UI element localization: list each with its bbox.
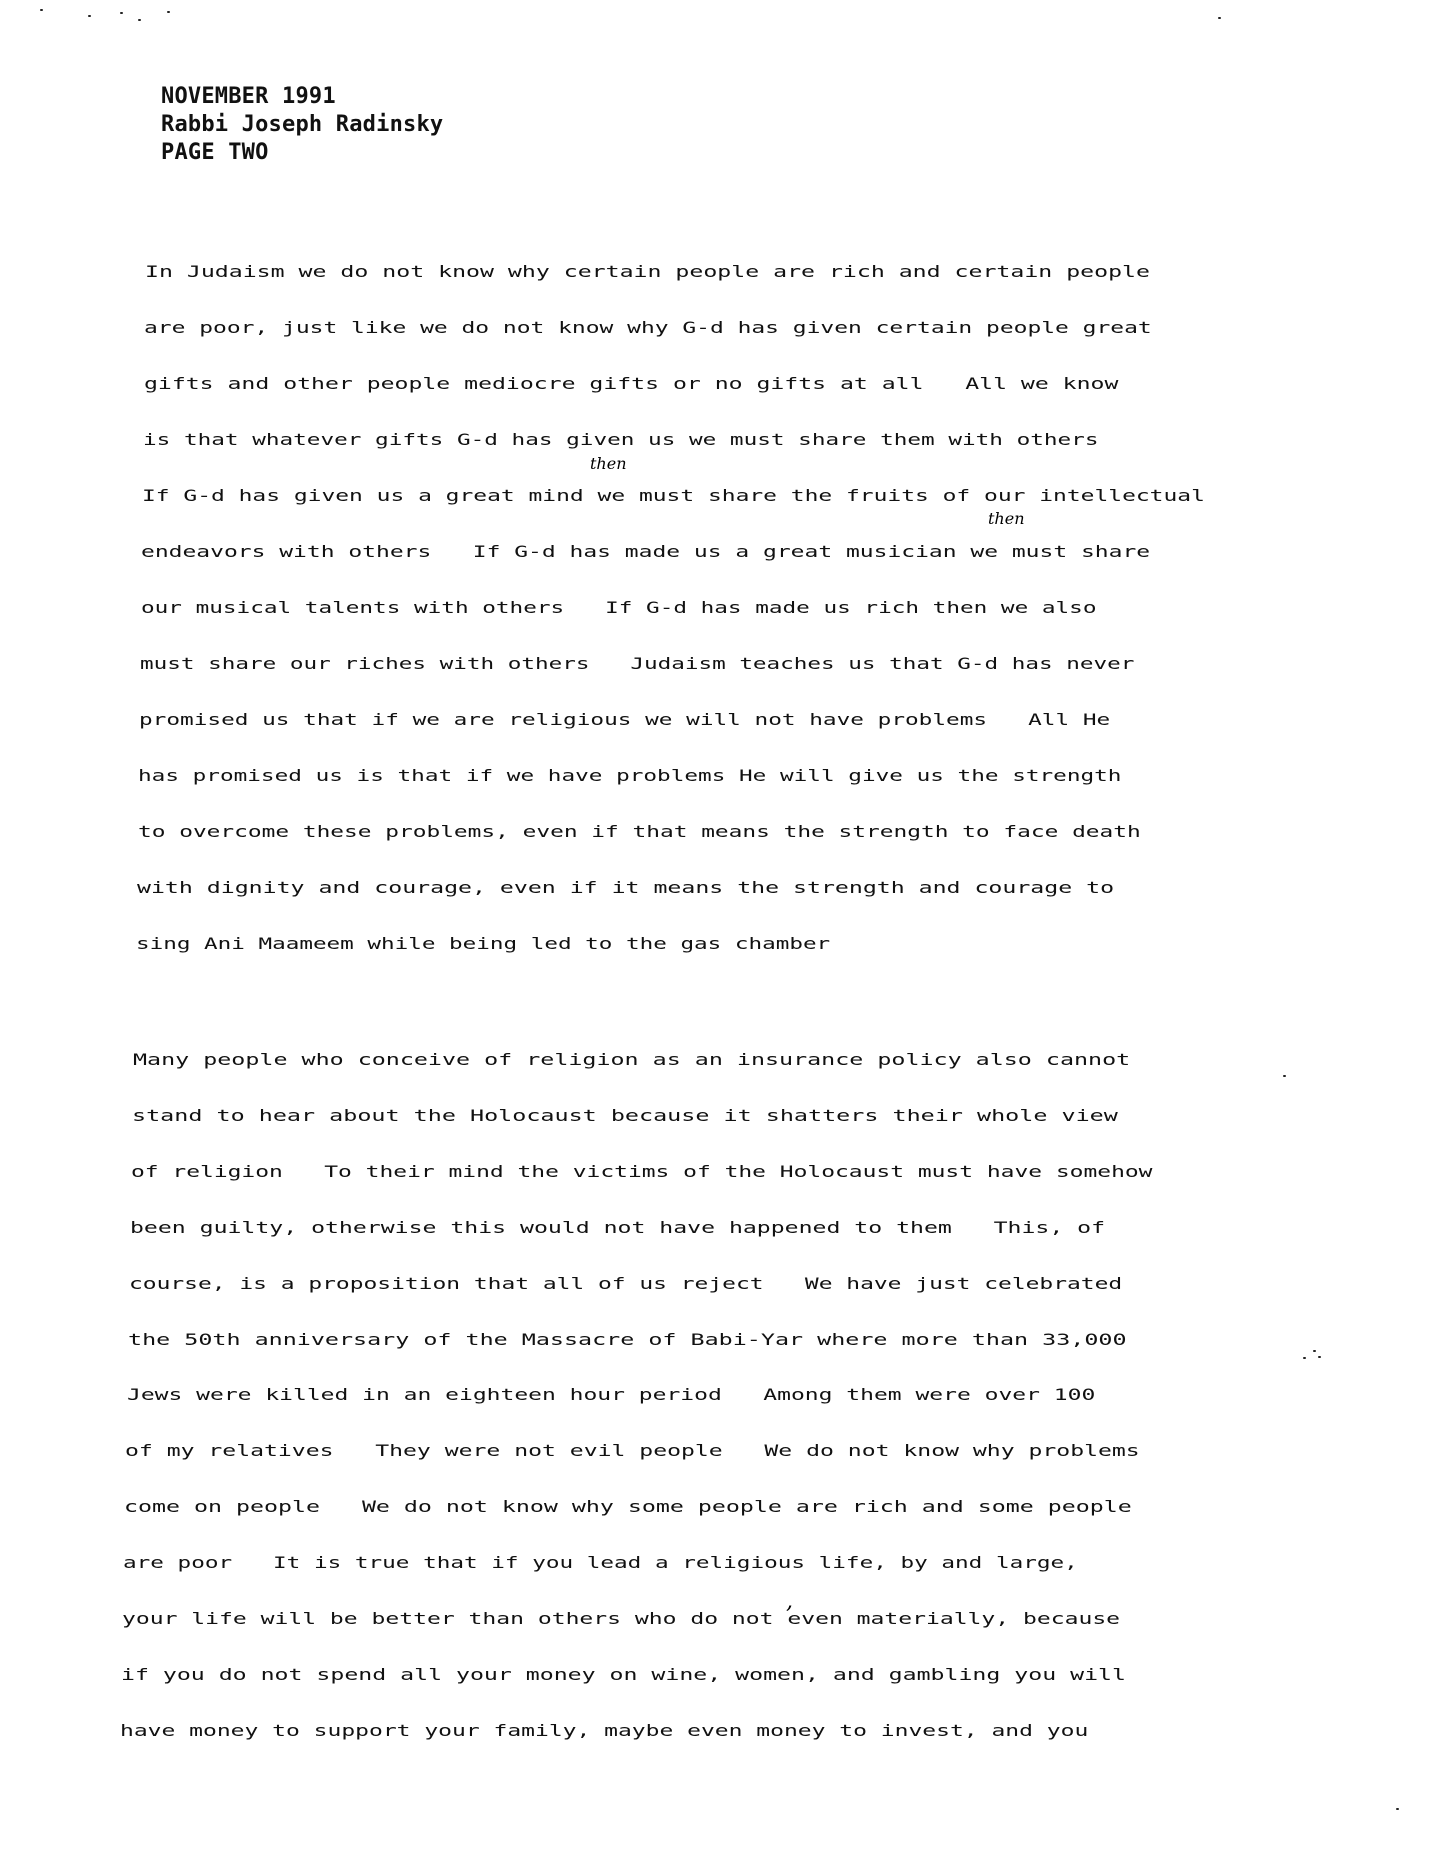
- text-line: are poor, just like we do not know why G…: [144, 314, 1152, 342]
- scan-speck: [1283, 1075, 1286, 1077]
- scan-speck: [1313, 1350, 1316, 1352]
- text-line: your life will be better than others who…: [122, 1605, 1120, 1633]
- text-line: to overcome these problems, even if that…: [138, 818, 1141, 846]
- header-date: NOVEMBER 1991: [161, 83, 443, 111]
- text-line: gifts and other people mediocre gifts or…: [144, 370, 1118, 398]
- text-line: been guilty, otherwise this would not ha…: [130, 1214, 1105, 1242]
- handwritten-then-annotation: then: [988, 509, 1025, 528]
- text-line: Jews were killed in an eighteen hour per…: [127, 1381, 1095, 1409]
- text-line: if you do not spend all your money on wi…: [121, 1661, 1126, 1689]
- header-page-label: PAGE TWO: [161, 139, 443, 167]
- text-line: is that whatever gifts G-d has given us …: [143, 426, 1098, 454]
- text-line: sing Ani Maameem while being led to the …: [136, 930, 830, 958]
- text-line: has promised us is that if we have probl…: [138, 762, 1121, 790]
- letter-header: NOVEMBER 1991 Rabbi Joseph Radinsky PAGE…: [161, 83, 443, 167]
- text-line: our musical talents with others If G-d h…: [141, 594, 1096, 622]
- text-line: the 50th anniversary of the Massacre of …: [128, 1326, 1127, 1354]
- scan-speck: [88, 15, 91, 17]
- text-line: stand to hear about the Holocaust becaus…: [132, 1102, 1118, 1130]
- text-line: must share our riches with others Judais…: [140, 650, 1134, 678]
- scan-speck: [1303, 1357, 1306, 1359]
- text-line: of my relatives They were not evil peopl…: [125, 1437, 1140, 1465]
- handwritten-then-annotation: then: [590, 454, 627, 473]
- scan-speck: [120, 12, 123, 14]
- scan-speck: [1218, 17, 1221, 19]
- text-line: If G-d has given us a great mind we must…: [142, 482, 1205, 510]
- text-line: Many people who conceive of religion as …: [133, 1046, 1130, 1074]
- text-line: promised us that if we are religious we …: [139, 706, 1110, 734]
- text-line: have money to support your family, maybe…: [120, 1717, 1088, 1745]
- text-line: endeavors with others If G-d has made us…: [141, 538, 1150, 566]
- scan-speck: [1396, 1808, 1399, 1810]
- scan-speck: [1318, 1356, 1321, 1358]
- scan-speck: [138, 19, 141, 21]
- text-line: come on people We do not know why some p…: [124, 1493, 1132, 1521]
- scan-speck: [167, 11, 170, 13]
- scan-speck: [40, 9, 43, 11]
- header-author: Rabbi Joseph Radinsky: [161, 111, 443, 139]
- text-line: In Judaism we do not know why certain pe…: [145, 258, 1150, 286]
- text-line: with dignity and courage, even if it mea…: [137, 874, 1114, 902]
- text-line: are poor It is true that if you lead a r…: [123, 1549, 1078, 1577]
- text-line: course, is a proposition that all of us …: [129, 1270, 1122, 1298]
- text-line: of religion To their mind the victims of…: [131, 1158, 1152, 1186]
